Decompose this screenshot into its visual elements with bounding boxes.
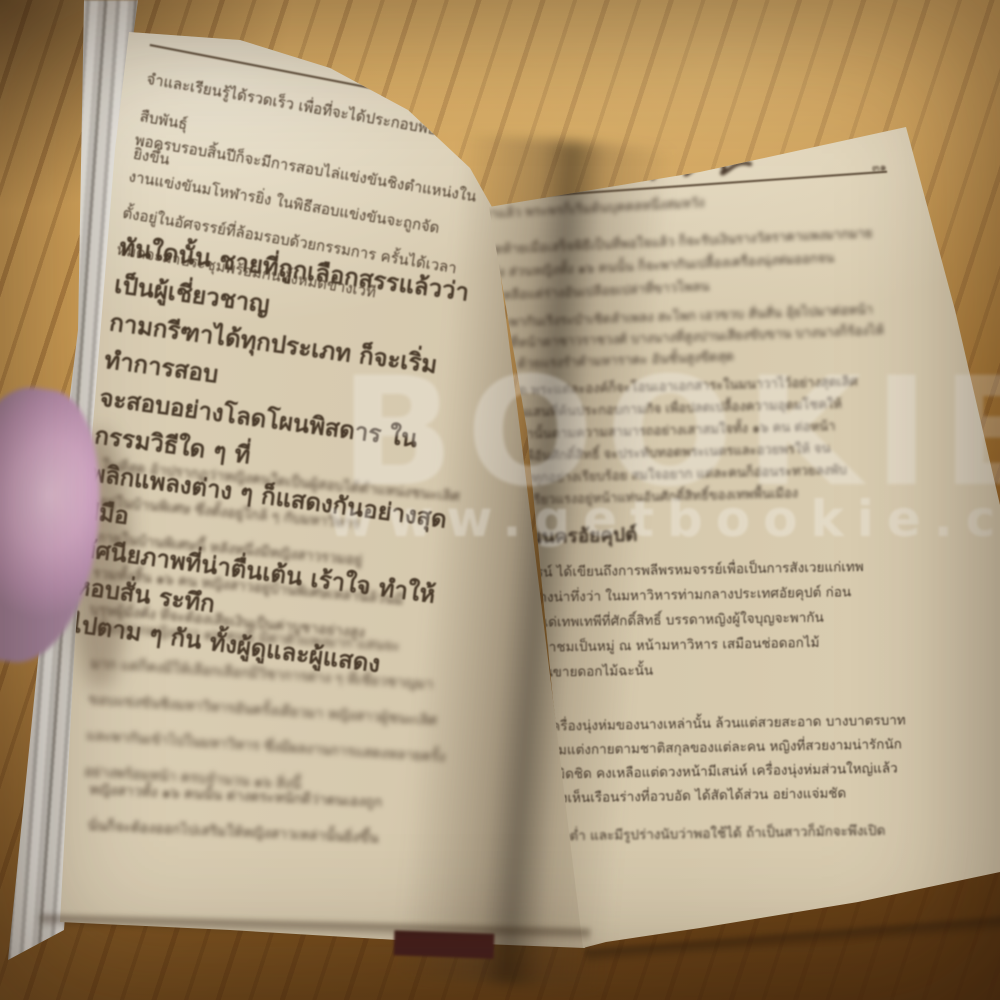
watermark-title: BOOKIE [340,358,1000,508]
watermark-url: www.getbookie.com [328,490,1000,548]
photo-canvas: ๓๐ จำและเรียนรู้ได้รวดเร็ว เพื่อที่จะได้… [0,0,1000,1000]
